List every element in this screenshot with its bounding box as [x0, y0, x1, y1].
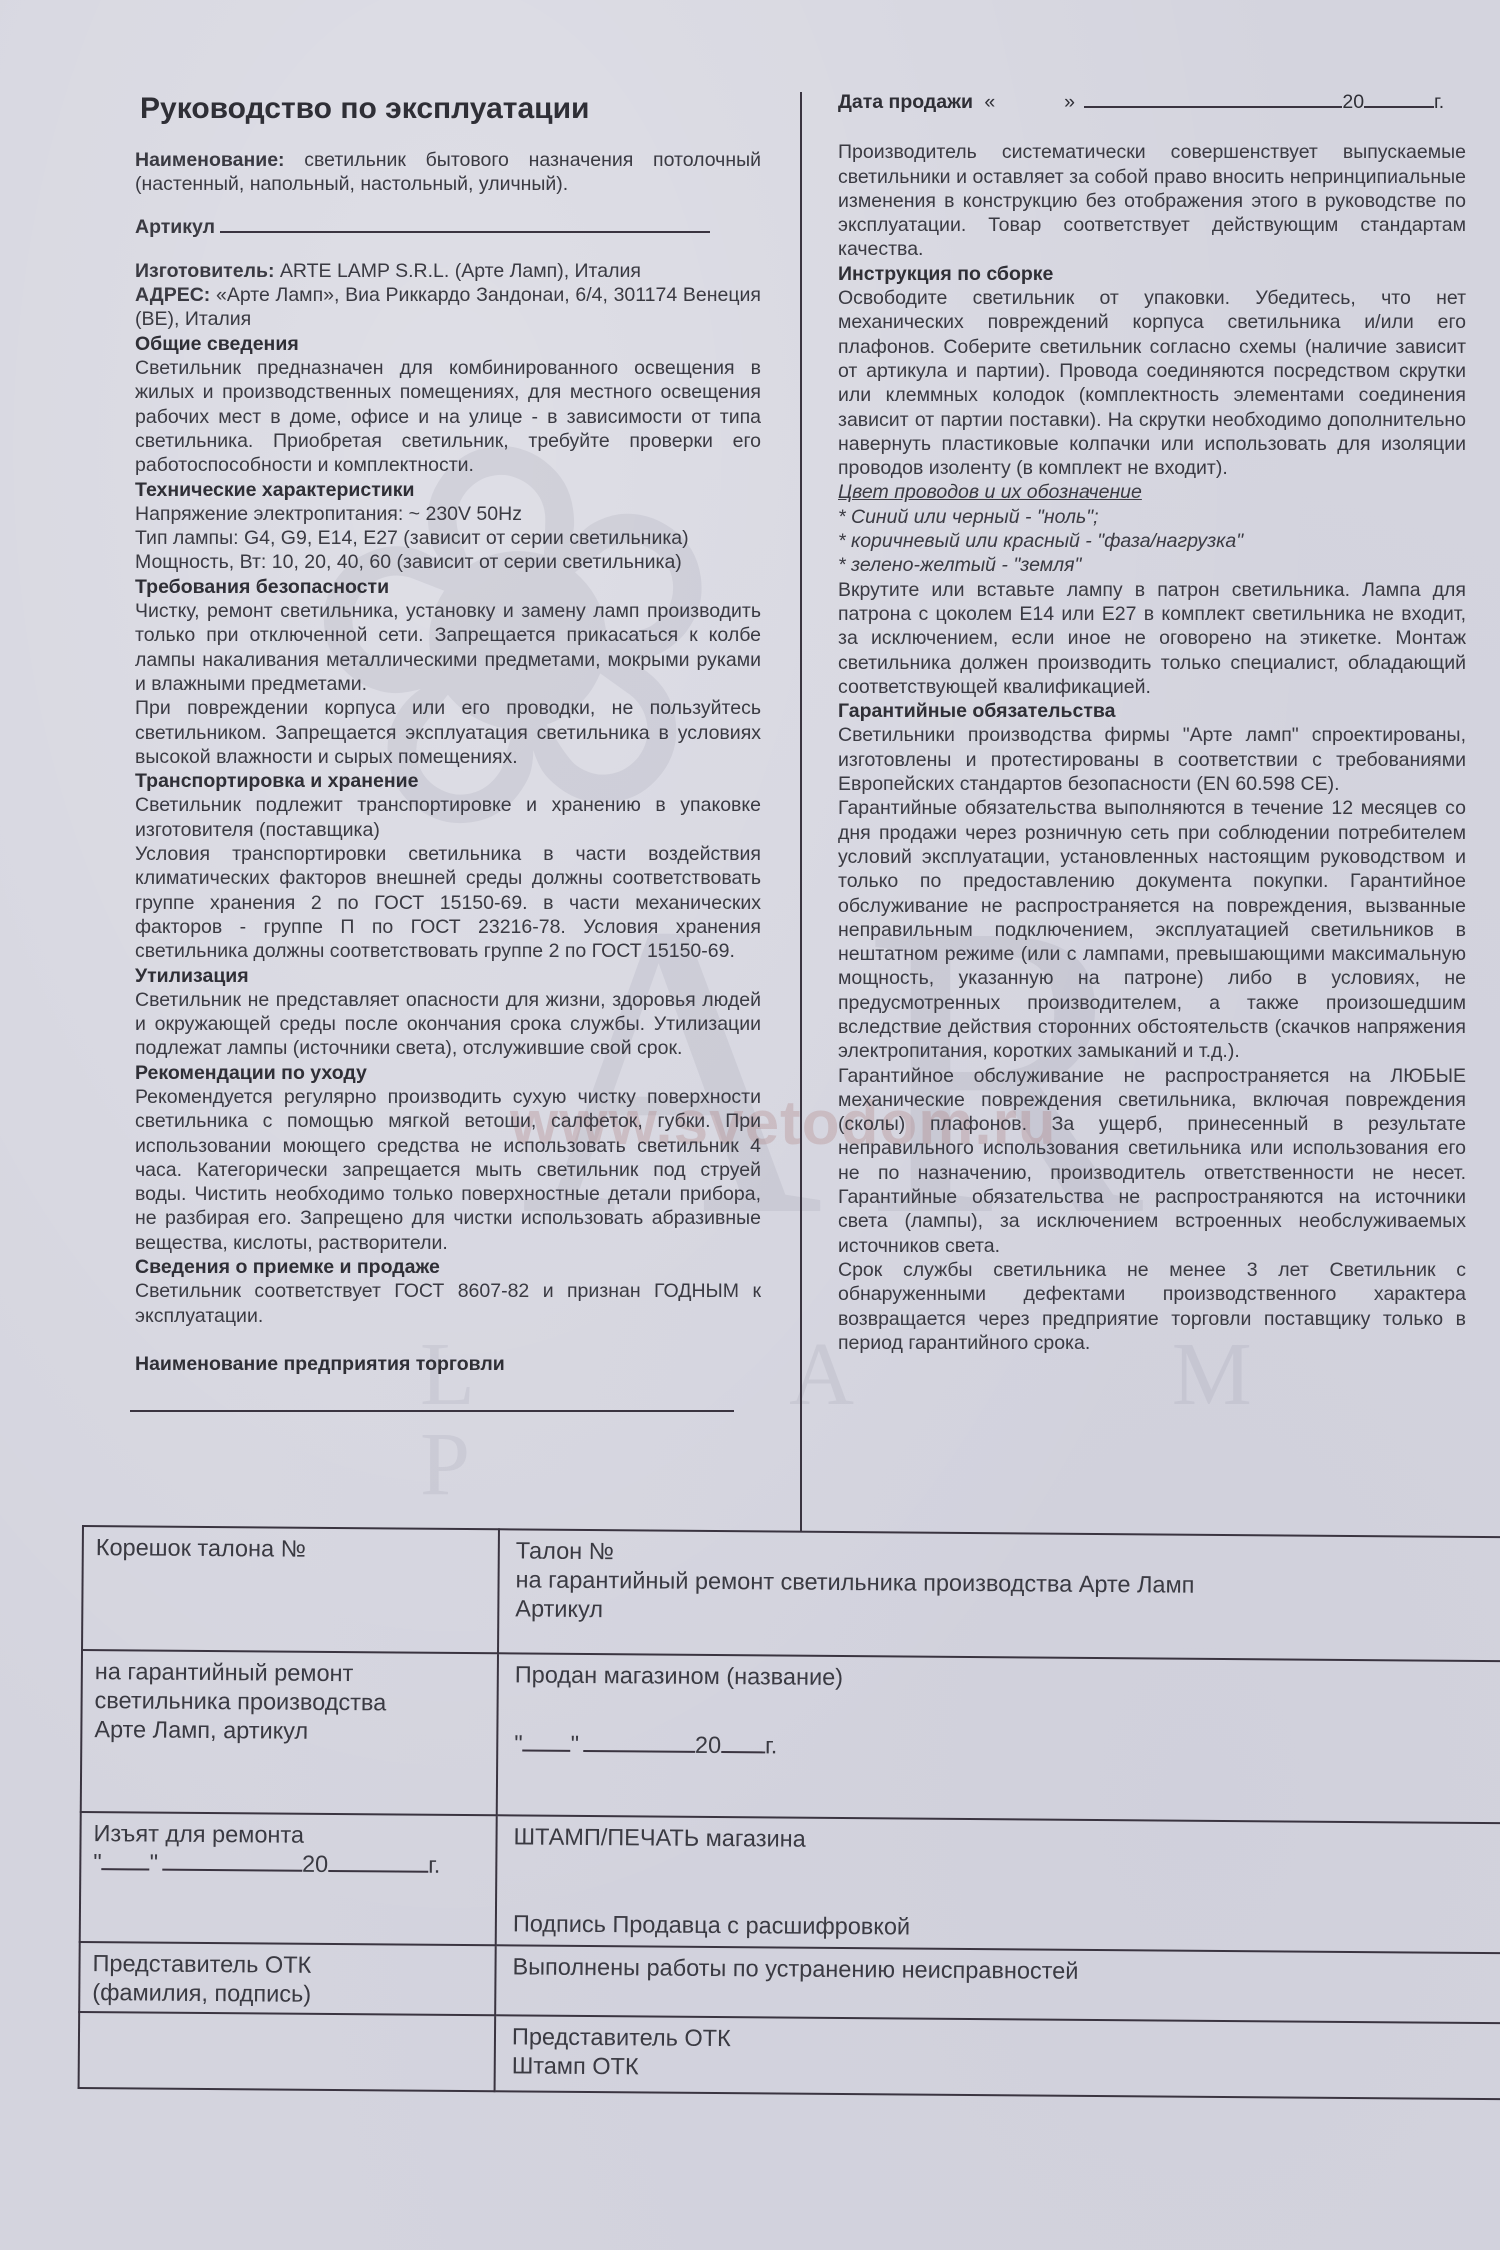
year-blank[interactable] — [328, 1850, 428, 1873]
section-paragraph: Условия транспортировки светильника в ча… — [135, 842, 761, 963]
work-performed-cell[interactable]: Выполнены работы по устранению неисправн… — [495, 1945, 1500, 2023]
sold-by-store-cell[interactable]: Продан магазином (название) ""20г. — [497, 1653, 1500, 1823]
address-label: АДРЕС: — [135, 284, 210, 306]
column-divider — [800, 92, 802, 1532]
sale-year-suffix: г. — [1434, 91, 1444, 113]
section-disposal: Утилизация Светильник не представляет оп… — [135, 964, 761, 1061]
section-heading: Технические характеристики — [135, 478, 761, 502]
section-care: Рекомендации по уходу Рекомендуется регу… — [135, 1061, 761, 1255]
warranty-paragraph: Гарантийное обслуживание не распространя… — [838, 1064, 1466, 1258]
section-paragraph: Рекомендуется регулярно производить суху… — [135, 1085, 761, 1255]
withdrawn-for-repair-cell[interactable]: Изъят для ремонта ""20г. — [80, 1812, 497, 1945]
warranty-paragraph: Светильники производства фирмы "Арте лам… — [838, 723, 1466, 796]
wire-item: * коричневый или красный - "фаза/нагрузк… — [838, 529, 1466, 553]
left-column: Руководство по эксплуатации Наименование… — [135, 90, 761, 1412]
sale-date-label: Дата продажи — [838, 91, 973, 113]
section-paragraph: Светильник предназначен для комбинирован… — [135, 356, 761, 477]
sale-month-field[interactable] — [1084, 106, 1342, 108]
cell-text: Арте Ламп, артикул — [94, 1715, 484, 1747]
table-row: Представитель ОТК Штамп ОТК — [79, 2012, 1500, 2099]
section-transport: Транспортировка и хранение Светильник по… — [135, 769, 761, 963]
product-name-label: Наименование: — [135, 149, 285, 171]
year-suffix: г. — [765, 1732, 777, 1758]
coupon-stub-number-cell[interactable]: Корешок талона № — [82, 1526, 499, 1653]
warranty-heading: Гарантийные обязательства — [838, 699, 1466, 723]
trade-enterprise-label: Наименование предприятия торговли — [135, 1352, 761, 1376]
address-text: «Арте Ламп», Виа Риккардо Зандонаи, 6/4,… — [135, 284, 761, 330]
section-heading: Сведения о приемке и продаже — [135, 1255, 761, 1279]
cell-text: Корешок талона № — [96, 1533, 486, 1565]
store-stamp-cell[interactable]: ШТАМП/ПЕЧАТЬ магазина Подпись Продавца с… — [496, 1815, 1500, 1953]
stub-article-cell[interactable]: на гарантийный ремонт светильника произв… — [81, 1650, 498, 1815]
spec-power: Мощность, Вт: 10, 20, 40, 60 (зависит от… — [135, 550, 761, 574]
table-row: Представитель ОТК (фамилия, подпись) Вып… — [79, 1942, 1500, 2023]
section-general: Общие сведения Светильник предназначен д… — [135, 332, 761, 478]
sale-date-row: Дата продажи « » 20г. — [838, 90, 1466, 114]
trade-enterprise-field[interactable] — [130, 1410, 734, 1412]
year-prefix: 20 — [695, 1732, 721, 1758]
cell-text: (фамилия, подпись) — [92, 1978, 482, 2010]
warranty-paragraph: Срок службы светильника не менее 3 лет С… — [838, 1258, 1466, 1355]
section-heading: Утилизация — [135, 964, 761, 988]
quote: " — [93, 1849, 102, 1875]
page-title: Руководство по эксплуатации — [140, 90, 761, 128]
spec-voltage: Напряжение электропитания: ~ 230V 50Hz — [135, 502, 761, 526]
section-paragraph: Светильник соответствует ГОСТ 8607-82 и … — [135, 1279, 761, 1328]
sale-date-close-quote: » — [1064, 91, 1075, 113]
year-prefix: 20 — [302, 1851, 328, 1877]
cell-text: Выполнены работы по устранению неисправн… — [512, 1952, 1496, 1989]
sale-year-prefix: 20 — [1342, 91, 1364, 113]
day-blank[interactable] — [102, 1848, 150, 1870]
article-row: Артикул — [135, 215, 761, 239]
year-blank[interactable] — [721, 1731, 765, 1753]
section-safety: Требования безопасности Чистку, ремонт с… — [135, 575, 761, 769]
right-column: Дата продажи « » 20г. Производитель сист… — [838, 90, 1466, 1355]
section-heading: Рекомендации по уходу — [135, 1061, 761, 1085]
section-heading: Общие сведения — [135, 332, 761, 356]
withdrawn-date-field[interactable]: ""20г. — [93, 1848, 483, 1880]
spec-lamp-type: Тип лампы: G4, G9, E14, E27 (зависит от … — [135, 526, 761, 550]
section-paragraph: При повреждении корпуса или его проводки… — [135, 696, 761, 769]
qc-rep-signature-cell[interactable]: Представитель ОТК (фамилия, подпись) — [79, 1942, 496, 2015]
wire-item: * Синий или черный - "ноль"; — [838, 505, 1466, 529]
cell-text: Представитель ОТК — [92, 1949, 482, 1981]
qc-stamp-cell[interactable]: Представитель ОТК Штамп ОТК — [495, 2015, 1500, 2099]
cell-text: на гарантийный ремонт — [95, 1657, 485, 1689]
quote: " — [150, 1850, 159, 1876]
quote: " — [514, 1730, 523, 1756]
coupon-number-cell[interactable]: Талон № на гарантийный ремонт светильник… — [498, 1529, 1500, 1661]
assembly-paragraph: Освободите светильник от упаковки. Убеди… — [838, 286, 1466, 480]
empty-cell[interactable] — [79, 2012, 496, 2091]
manufacturer-label: Изготовитель: — [135, 260, 274, 282]
section-paragraph: Светильник не представляет опасности для… — [135, 988, 761, 1061]
section-paragraph: Чистку, ремонт светильника, установку и … — [135, 599, 761, 696]
sale-year-field[interactable] — [1364, 106, 1434, 108]
section-specs: Технические характеристики Напряжение эл… — [135, 478, 761, 575]
table-row: Изъят для ремонта ""20г. ШТАМП/ПЕЧАТЬ ма… — [80, 1812, 1500, 1953]
section-acceptance: Сведения о приемке и продаже Светильник … — [135, 1255, 761, 1328]
article-label: Артикул — [135, 216, 215, 238]
lamp-paragraph: Вкрутите или вставьте лампу в патрон све… — [838, 578, 1466, 699]
wires-heading: Цвет проводов и их обозначение — [838, 480, 1466, 504]
year-suffix: г. — [428, 1852, 440, 1878]
month-blank[interactable] — [162, 1849, 302, 1872]
day-blank[interactable] — [523, 1729, 571, 1751]
section-heading: Требования безопасности — [135, 575, 761, 599]
warranty-coupon-table: Корешок талона № Талон № на гарантийный … — [78, 1525, 1500, 2100]
table-row: Корешок талона № Талон № на гарантийный … — [82, 1526, 1500, 1661]
month-blank[interactable] — [583, 1730, 695, 1753]
section-paragraph: Светильник подлежит транспортировке и хр… — [135, 793, 761, 842]
manufacturer-text: ARTE LAMP S.R.L. (Арте Ламп), Италия — [280, 260, 641, 282]
article-field[interactable] — [220, 231, 710, 233]
table-row: на гарантийный ремонт светильника произв… — [81, 1650, 1500, 1823]
assembly-heading: Инструкция по сборке — [838, 262, 1466, 286]
warranty-paragraph: Гарантийные обязательства выполняются в … — [838, 796, 1466, 1063]
wire-item: * зелено-желтый - "земля" — [838, 553, 1466, 577]
intro-paragraph: Производитель систематически совершенств… — [838, 140, 1466, 261]
cell-text: Изъят для ремонта — [93, 1819, 483, 1851]
product-name: Наименование: светильник бытового назнач… — [135, 148, 761, 197]
quote: " — [571, 1731, 580, 1757]
manufacturer: Изготовитель: ARTE LAMP S.R.L. (Арте Лам… — [135, 259, 761, 283]
cell-text: светильника производства — [95, 1686, 485, 1718]
sale-date-open-quote: « — [984, 91, 995, 113]
section-heading: Транспортировка и хранение — [135, 769, 761, 793]
address: АДРЕС: «Арте Ламп», Виа Риккардо Зандона… — [135, 283, 761, 332]
